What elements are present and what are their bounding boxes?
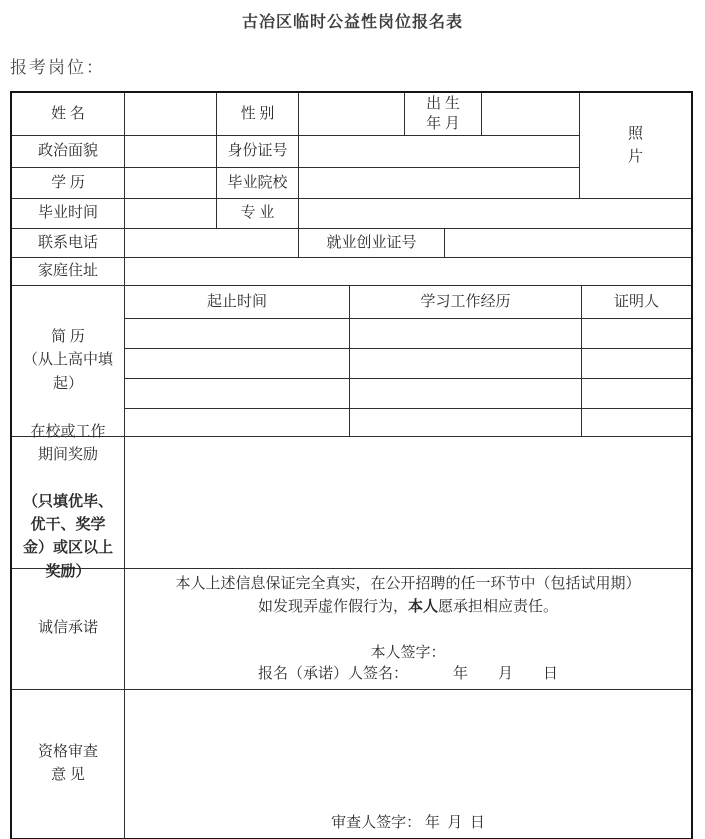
position-label: 报考岗位：: [10, 53, 705, 78]
application-form-page: { "page": { "title": "古冶区临时公益性岗位报名表", "p…: [0, 0, 705, 839]
review-label: 资格审查 意 见: [12, 690, 125, 838]
political-status-input-cell[interactable]: [125, 136, 217, 167]
graduation-time-label: 毕业时间: [12, 199, 125, 228]
review-block: 资格审查 意 见 审查人签字： 年 月 日: [12, 690, 691, 838]
graduate-school-label: 毕业院校: [217, 168, 299, 198]
resume-header-row: 起止时间 学习工作经历 证明人: [125, 286, 691, 319]
gender-input-cell[interactable]: [299, 93, 405, 135]
resume-period-cell[interactable]: [125, 409, 350, 436]
major-label: 专 业: [217, 199, 299, 228]
reviewer-signature-line[interactable]: 审查人签字： 年 月 日: [125, 811, 691, 838]
row-education-school: 学 历 毕业院校: [12, 168, 579, 198]
resume-header-period: 起止时间: [125, 286, 350, 318]
birth-date-input-cell[interactable]: [482, 93, 579, 135]
row-name-gender-birth: 姓 名 性 别 出 生 年 月: [12, 93, 579, 136]
awards-label: 在校或工作 期间奖励 （只填优毕、 优干、奖学 金）或区以上 奖励）: [12, 437, 125, 568]
resume-experience-cell[interactable]: [350, 349, 582, 378]
row-graduation-major: 毕业时间 专 业: [12, 199, 691, 229]
promise-line2-post: 愿承担相应责任。: [438, 599, 558, 615]
resume-entry-row: [125, 409, 691, 436]
id-number-label: 身份证号: [217, 136, 299, 167]
page-title: 古冶区临时公益性岗位报名表: [0, 9, 705, 32]
applicant-signature-line[interactable]: 报名（承诺）人签名： 年 月 日: [125, 664, 691, 686]
row-phone-cert: 联系电话 就业创业证号: [12, 229, 691, 258]
resume-header-reference: 证明人: [582, 286, 691, 318]
home-address-label: 家庭住址: [12, 258, 125, 285]
home-address-input-cell[interactable]: [125, 258, 691, 285]
major-input-cell[interactable]: [299, 199, 691, 228]
graduate-school-input-cell[interactable]: [299, 168, 579, 198]
birth-date-label: 出 生 年 月: [405, 93, 482, 135]
personal-info-block: 姓 名 性 别 出 生 年 月 政治面貌 身份证号 学 历 毕业院校 照 片: [12, 93, 691, 199]
promise-line2-pre: 如发现弄虚作假行为，: [258, 599, 408, 615]
photo-box: 照 片: [579, 93, 691, 198]
resume-grid: 起止时间 学习工作经历 证明人: [125, 286, 691, 436]
resume-reference-cell[interactable]: [582, 379, 691, 408]
integrity-label: 诚信承诺: [12, 569, 125, 689]
row-address: 家庭住址: [12, 258, 691, 286]
self-signature-label[interactable]: 本人签字：: [125, 643, 691, 665]
resume-period-cell[interactable]: [125, 349, 350, 378]
resume-experience-cell[interactable]: [350, 379, 582, 408]
promise-line1: 本人上述信息保证完全真实，在公开招聘的任一环节中（包括试用期）: [175, 576, 640, 592]
resume-entry-row: [125, 379, 691, 409]
resume-period-cell[interactable]: [125, 379, 350, 408]
phone-label: 联系电话: [12, 229, 125, 257]
gender-label: 性 别: [217, 93, 299, 135]
name-input-cell[interactable]: [125, 93, 217, 135]
review-content-cell[interactable]: 审查人签字： 年 月 日: [125, 690, 691, 838]
graduation-time-input-cell[interactable]: [125, 199, 217, 228]
awards-label-regular: 在校或工作 期间奖励: [23, 421, 113, 468]
integrity-sign-area: 本人签字： 报名（承诺）人签名： 年 月 日: [125, 643, 691, 690]
resume-header-experience: 学习工作经历: [350, 286, 582, 318]
employment-cert-label: 就业创业证号: [299, 229, 445, 257]
resume-entry-row: [125, 349, 691, 379]
resume-block: 简 历 （从上高中填 起） 起止时间 学习工作经历 证明人: [12, 286, 691, 437]
resume-entry-row: [125, 319, 691, 349]
promise-line2-bold: 本人: [408, 599, 438, 615]
personal-info-left: 姓 名 性 别 出 生 年 月 政治面貌 身份证号 学 历 毕业院校: [12, 93, 579, 198]
resume-experience-cell[interactable]: [350, 319, 582, 348]
political-status-label: 政治面貌: [12, 136, 125, 167]
integrity-promise-text: 本人上述信息保证完全真实，在公开招聘的任一环节中（包括试用期） 如发现弄虚作假行…: [125, 569, 691, 618]
education-input-cell[interactable]: [125, 168, 217, 198]
resume-reference-cell[interactable]: [582, 409, 691, 436]
resume-experience-cell[interactable]: [350, 409, 582, 436]
resume-reference-cell[interactable]: [582, 349, 691, 378]
resume-reference-cell[interactable]: [582, 319, 691, 348]
row-political-id: 政治面貌 身份证号: [12, 136, 579, 168]
integrity-block: 诚信承诺 本人上述信息保证完全真实，在公开招聘的任一环节中（包括试用期） 如发现…: [12, 569, 691, 690]
application-form-table: 姓 名 性 别 出 生 年 月 政治面貌 身份证号 学 历 毕业院校 照 片: [10, 91, 693, 839]
integrity-content: 本人上述信息保证完全真实，在公开招聘的任一环节中（包括试用期） 如发现弄虚作假行…: [125, 569, 691, 689]
awards-input-cell[interactable]: [125, 437, 691, 568]
employment-cert-input-cell[interactable]: [445, 229, 691, 257]
resume-period-cell[interactable]: [125, 319, 350, 348]
education-label: 学 历: [12, 168, 125, 198]
name-label: 姓 名: [12, 93, 125, 135]
phone-input-cell[interactable]: [125, 229, 299, 257]
id-number-input-cell[interactable]: [299, 136, 579, 167]
awards-block: 在校或工作 期间奖励 （只填优毕、 优干、奖学 金）或区以上 奖励）: [12, 437, 691, 569]
